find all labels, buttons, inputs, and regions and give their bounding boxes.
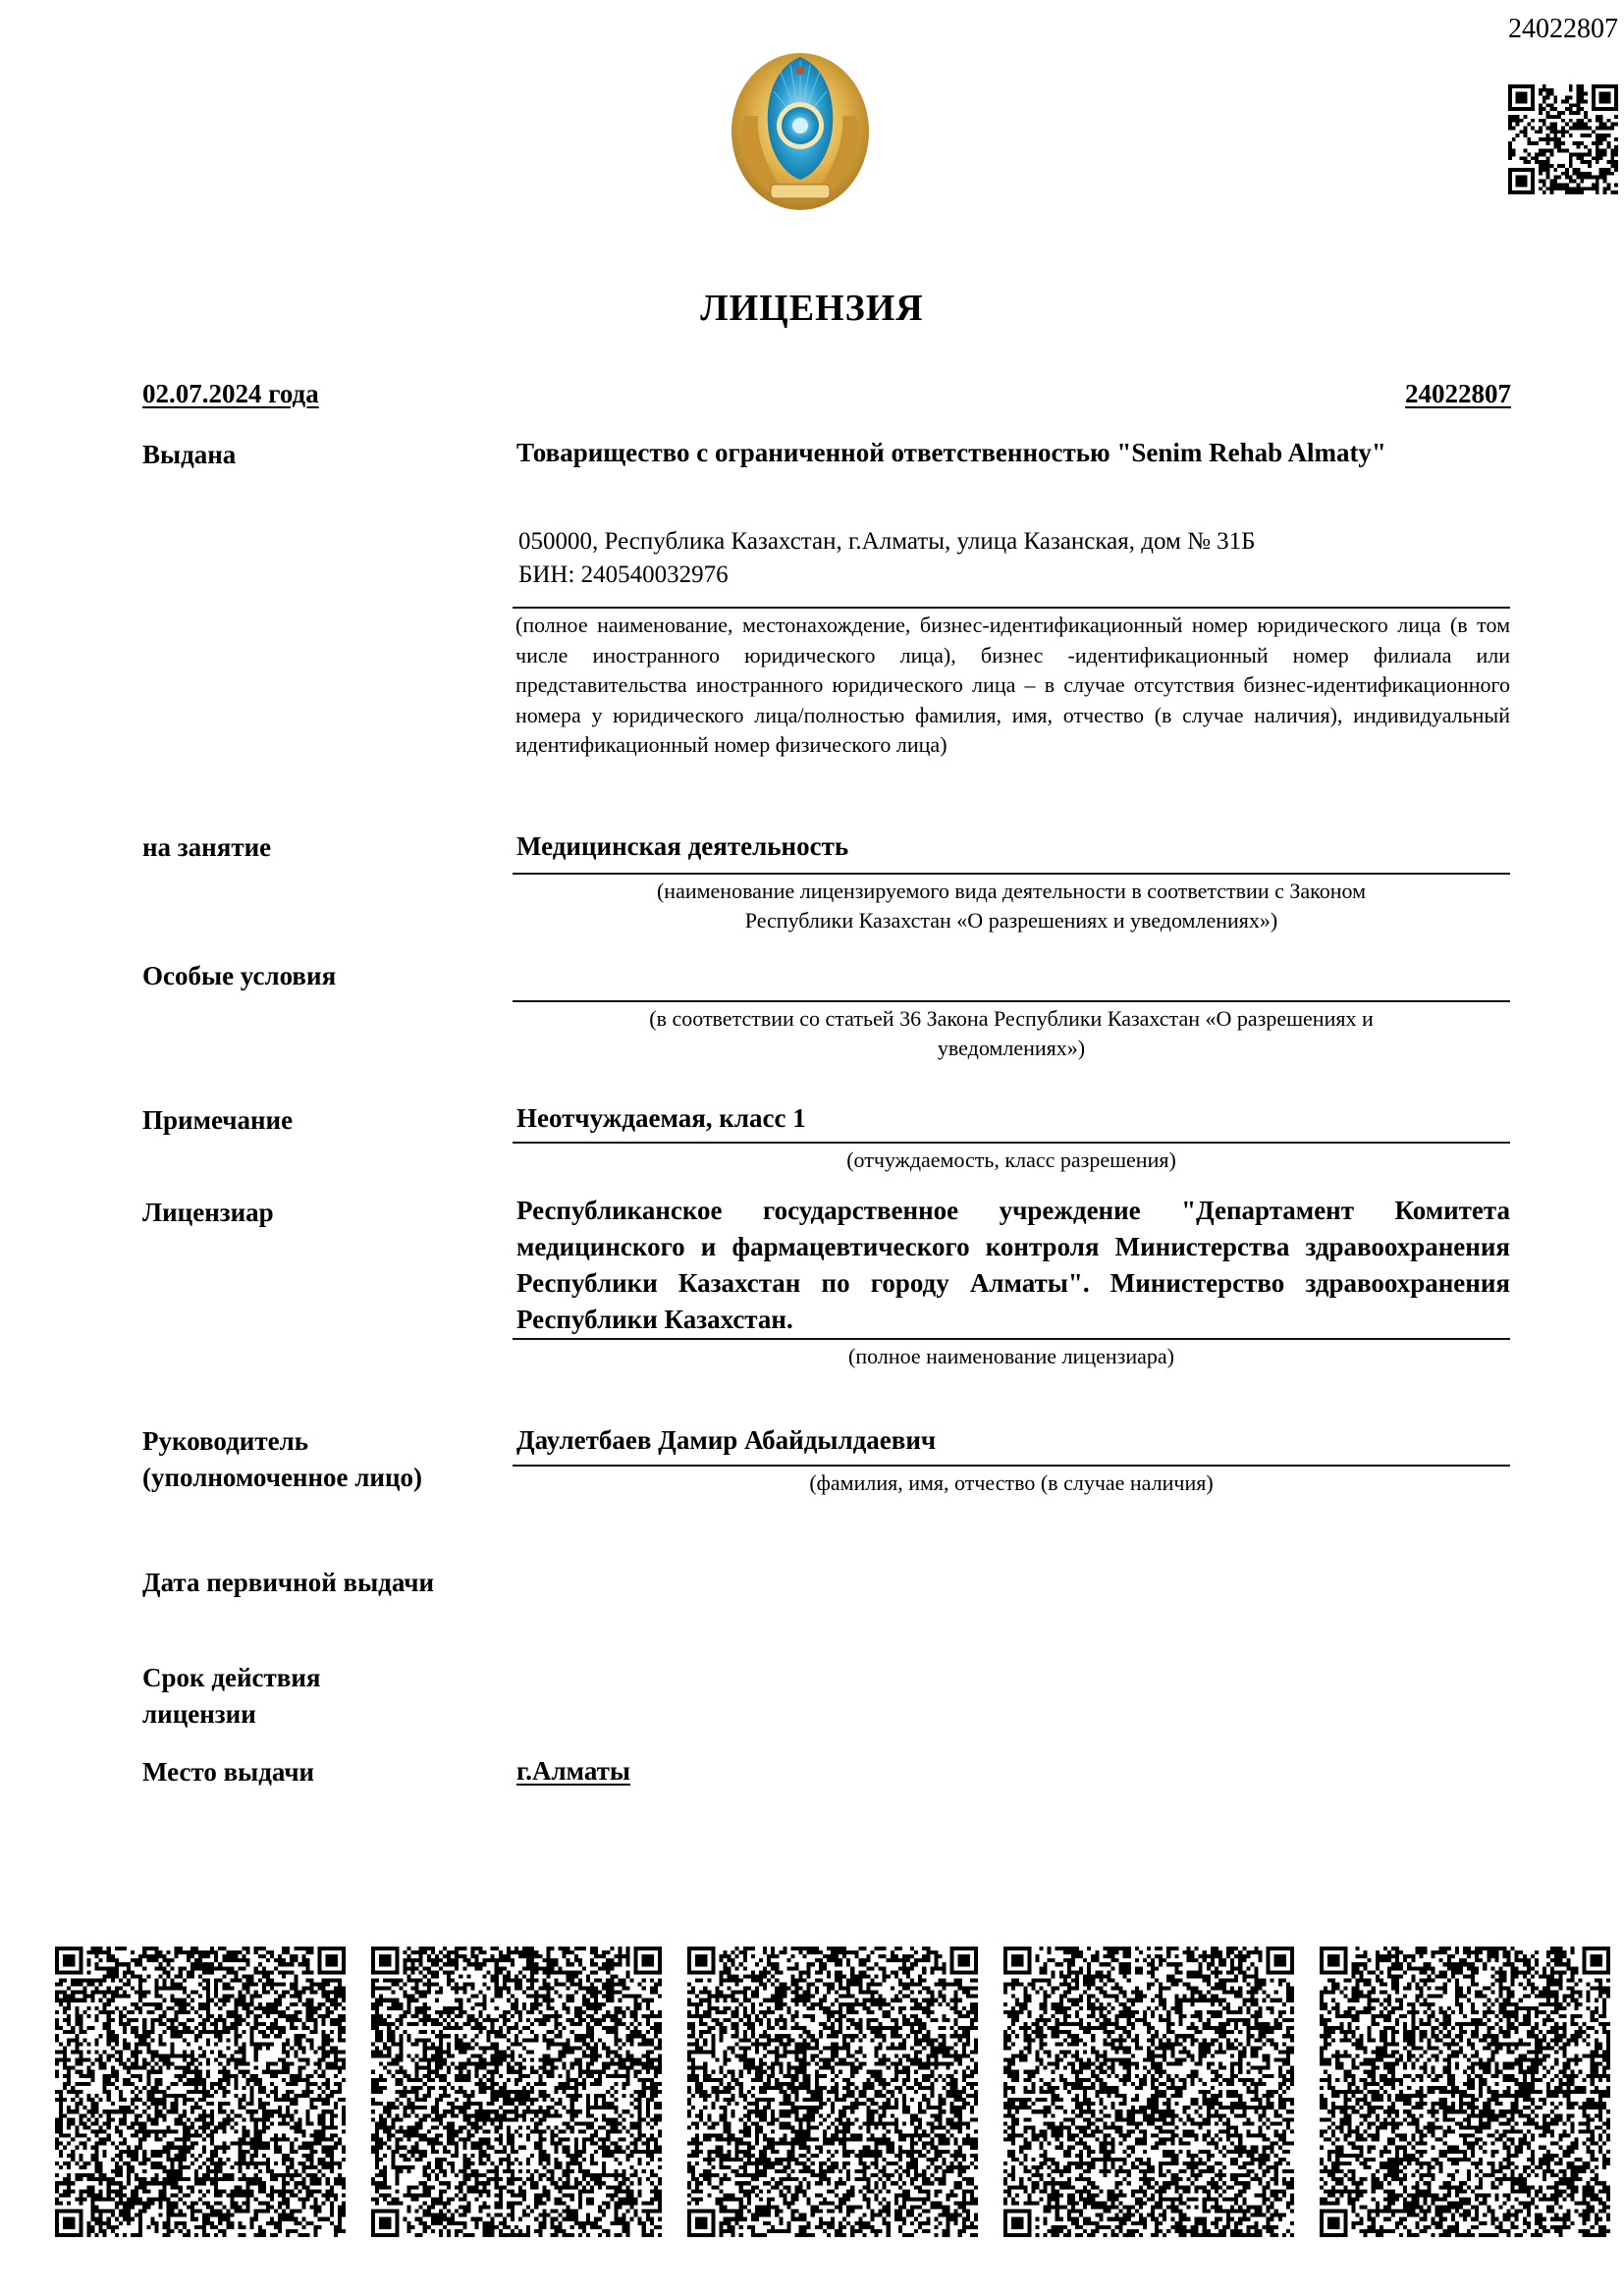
place-of-issue-value: г.Алматы — [516, 1753, 1510, 1789]
license-number: 24022807 — [1405, 379, 1511, 409]
special-conditions-hint-line1: (в соответствии со статьей 36 Закона Рес… — [513, 1004, 1510, 1034]
note-hint: (отчуждаемость, класс разрешения) — [513, 1146, 1510, 1175]
label-activity: на занятие — [142, 828, 271, 866]
qr-code-strip — [55, 1947, 1624, 2237]
label-head-line1: Руководитель — [142, 1422, 308, 1460]
qr-code-icon — [687, 1947, 978, 2237]
issue-date: 02.07.2024 года — [142, 379, 319, 409]
label-issued-to: Выдана — [142, 436, 236, 473]
qr-code-icon — [55, 1947, 346, 2237]
label-head-line2: (уполномоченное лицо) — [142, 1459, 422, 1496]
qr-code-icon — [1504, 84, 1622, 194]
note-value: Неотчуждаемая, класс 1 — [516, 1100, 1510, 1137]
label-first-issue-date: Дата первичной выдачи — [142, 1564, 434, 1601]
state-emblem-icon — [727, 47, 874, 216]
licensor-value: Республиканское государственное учрежден… — [516, 1193, 1510, 1338]
licensee-hint: (полное наименование, местонахождение, б… — [515, 611, 1510, 761]
licensee-name: Товарищество с ограниченной ответственно… — [516, 435, 1510, 471]
activity-hint-line2: Республики Казахстан «О разрешениях и ув… — [513, 906, 1510, 935]
special-conditions-hint-line2: уведомлениях») — [513, 1034, 1510, 1063]
document-number-top: 24022807 — [1508, 14, 1618, 45]
label-licensor: Лицензиар — [142, 1194, 274, 1231]
qr-code-icon — [1003, 1947, 1294, 2237]
head-hint: (фамилия, имя, отчество (в случае наличи… — [513, 1468, 1510, 1498]
divider — [513, 1465, 1510, 1467]
divider — [513, 873, 1510, 875]
document-title: ЛИЦЕНЗИЯ — [0, 287, 1624, 330]
label-validity-line2: лицензии — [142, 1695, 256, 1733]
licensee-bin: БИН: 240540032976 — [518, 559, 1510, 592]
divider — [513, 1000, 1510, 1002]
label-note: Примечание — [142, 1101, 293, 1139]
label-place-of-issue: Место выдачи — [142, 1753, 314, 1790]
label-special-conditions: Особые условия — [142, 957, 336, 994]
qr-code-icon — [371, 1947, 662, 2237]
activity-hint-line1: (наименование лицензируемого вида деятел… — [513, 877, 1510, 906]
divider — [513, 1142, 1510, 1144]
licensor-hint: (полное наименование лицензиара) — [513, 1342, 1510, 1371]
qr-code-icon — [1320, 1947, 1610, 2237]
divider — [513, 607, 1510, 609]
licensee-address: 050000, Республика Казахстан, г.Алматы, … — [518, 525, 1510, 559]
activity-value: Медицинская деятельность — [516, 828, 1510, 865]
head-name: Даулетбаев Дамир Абайдылдаевич — [516, 1422, 1510, 1459]
divider — [513, 1338, 1510, 1340]
label-validity-line1: Срок действия — [142, 1659, 321, 1696]
